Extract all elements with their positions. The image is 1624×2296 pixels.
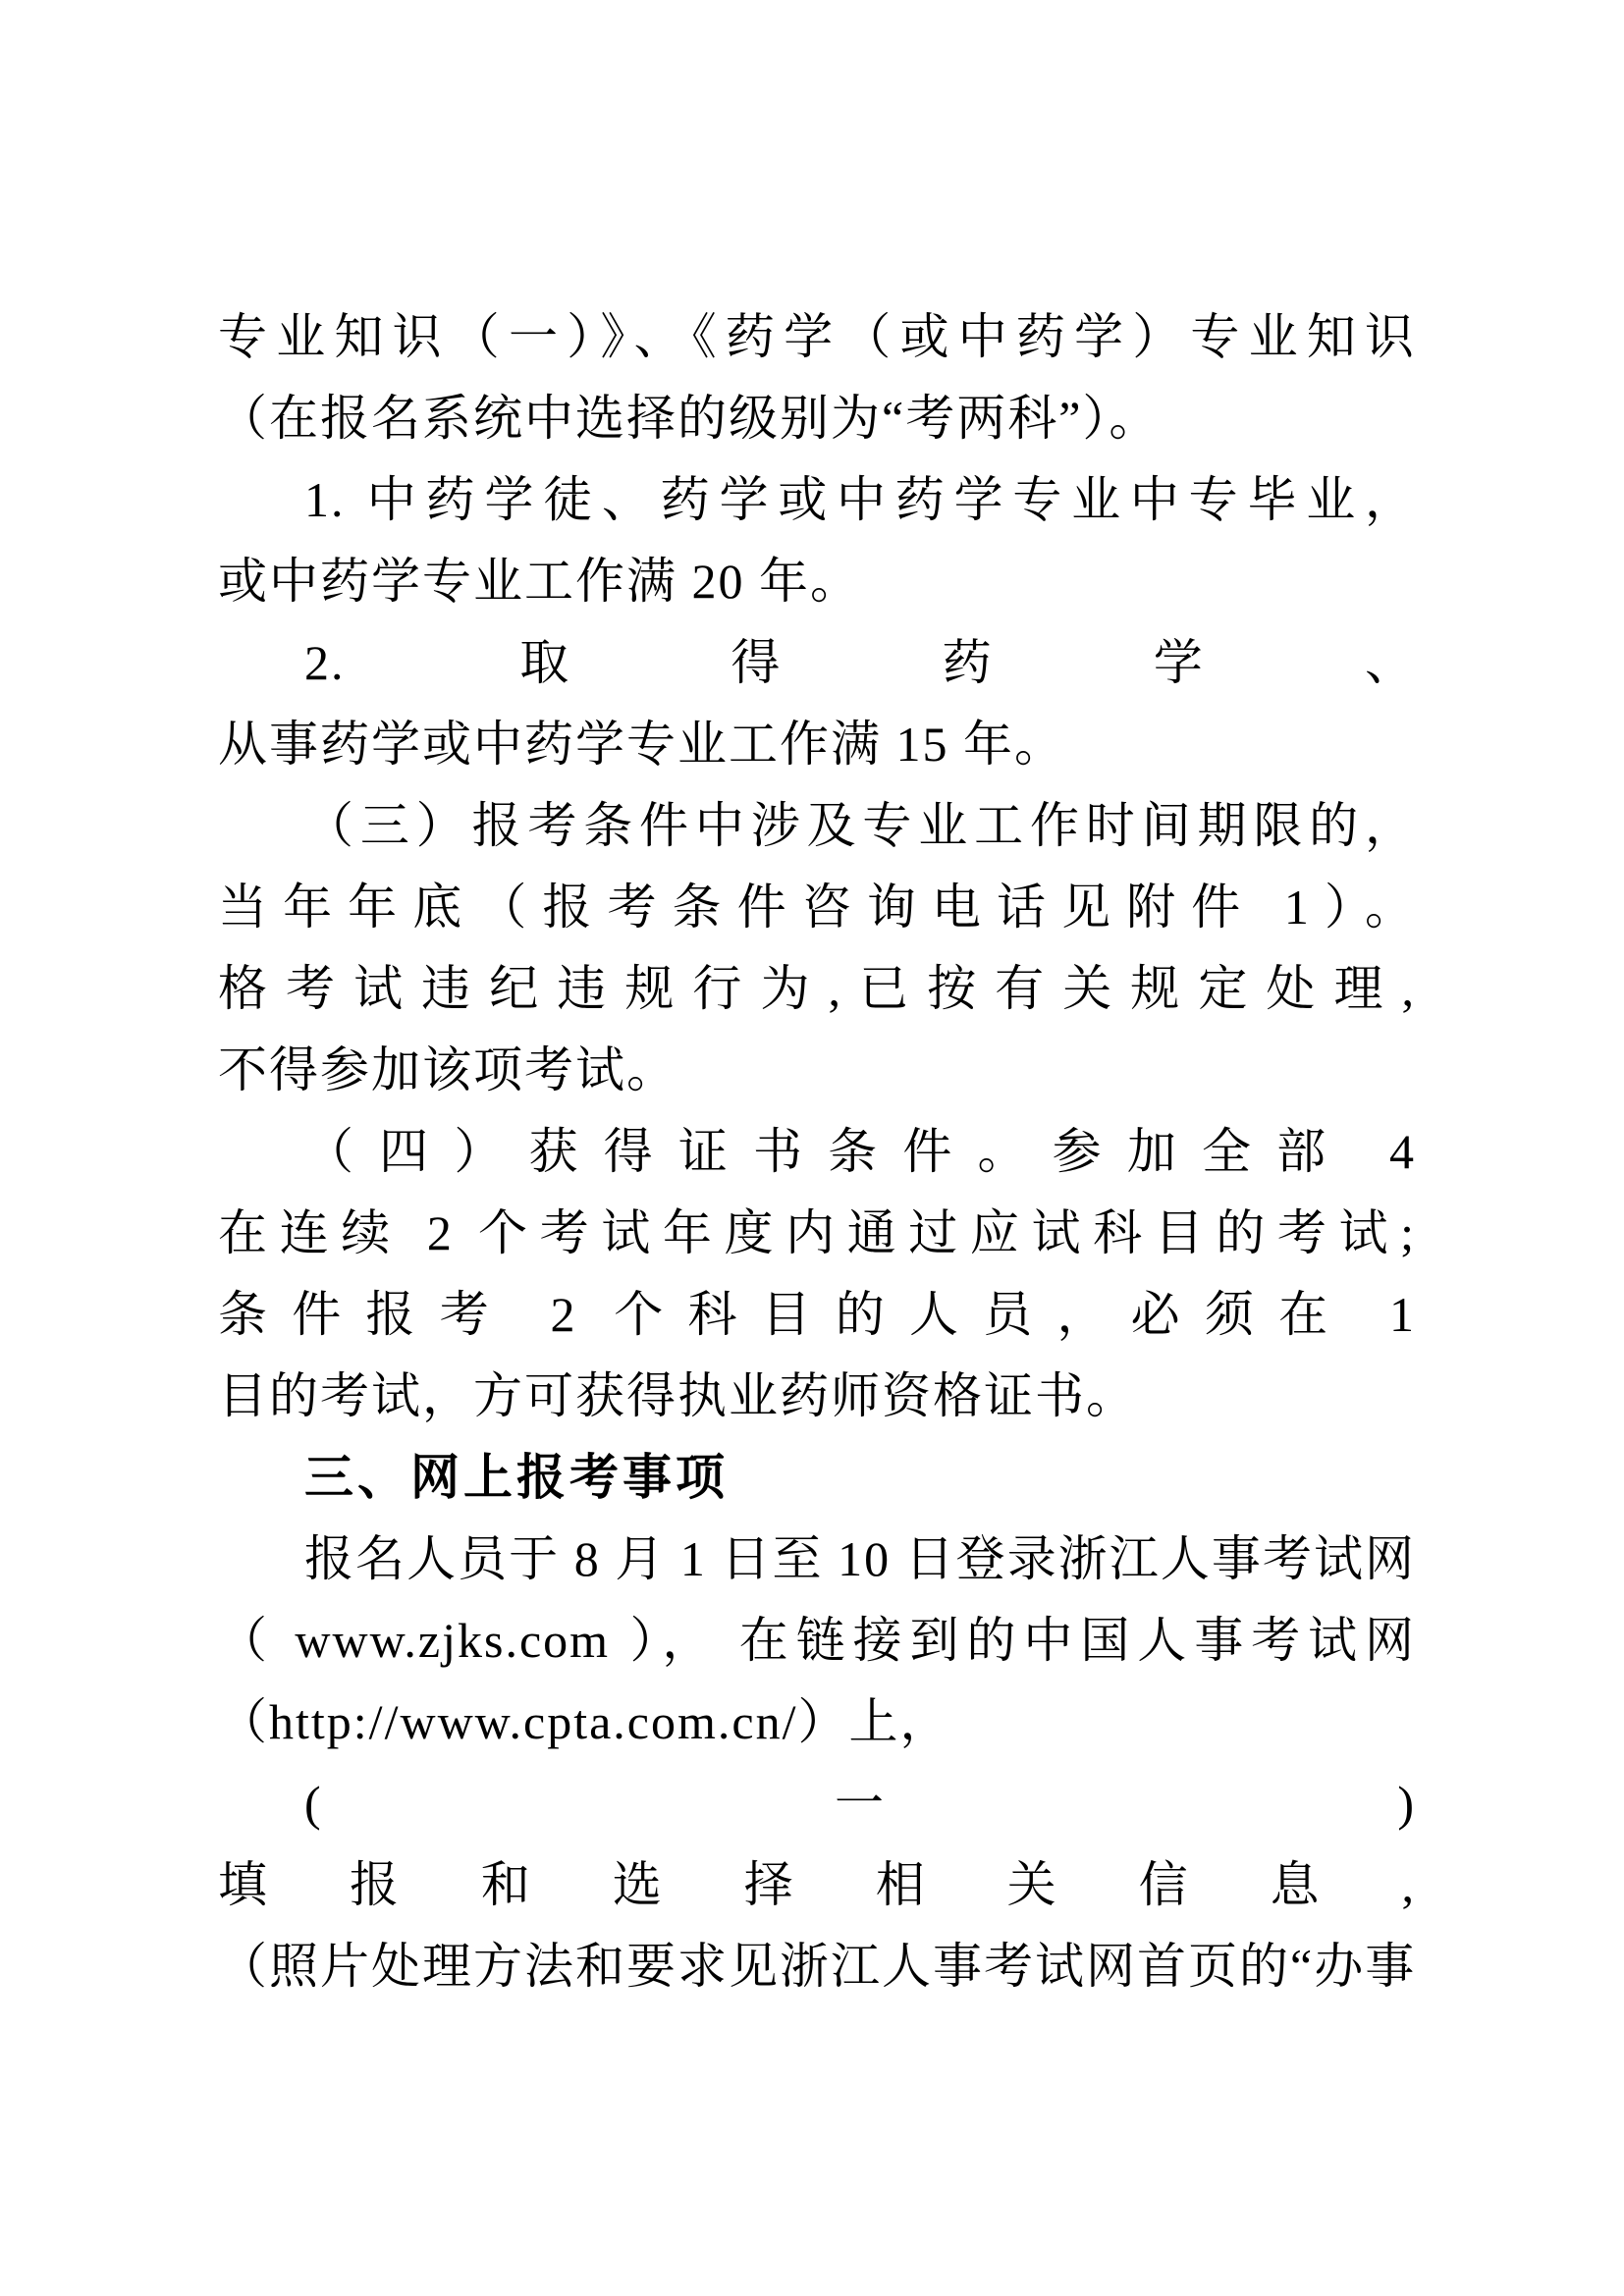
text-line: 当年年底（报考条件咨询电话见附件 1）。因有专业技术人员资 (218, 867, 1416, 948)
text-line: 条件报考 2 个科目的人员，必须在 1 个考试年度内通过应试科 (218, 1274, 1416, 1356)
text-line: 格考试违纪违规行为,已按有关规定处理,尚在停考期内的人员， (218, 948, 1416, 1030)
text-line: 1. 中药学徒、药学或中药学专业中专毕业，连续从事药学 (218, 459, 1416, 541)
text-line: （四）获得证书条件。参加全部 4 个科目考试的人员，必须 (218, 1111, 1416, 1193)
text-line: （照片处理方法和要求见浙江人事考试网首页的“办事指南”栏 (218, 1926, 1416, 2007)
text-line: 2. 取得药学、中药学专业或相关专业大专以上学历，连续 (218, 622, 1416, 704)
text-line-zjks-url: （ www.zjks.com ）， 在链接到的中国人事考试网 (218, 1600, 1416, 1682)
text-line: （三）报考条件中涉及专业工作时间期限的，均计算到报考 (218, 785, 1416, 867)
text-line: 填报和选择相关信息,同时上传经专用工具处理后的电子证件照 (218, 1844, 1416, 1926)
text-line: （在报名系统中选择的级别为“考两科”）。 (218, 378, 1416, 459)
text-line: (一)报名人员应按报考条件的规定和报名系统的设置，如实 (218, 1763, 1416, 1844)
text-line: 或中药学专业工作满 20 年。 (218, 541, 1416, 622)
text-line: 目的考试，方可获得执业药师资格证书。 (218, 1356, 1416, 1437)
text-line: 从事药学或中药学专业工作满 15 年。 (218, 704, 1416, 785)
section-heading-online-registration: 三、网上报考事项 (218, 1437, 1416, 1519)
text-line: 专业知识（一）》、《药学（或中药学）专业知识（二）》2 个科目 (218, 296, 1416, 378)
document-page: 专业知识（一）》、《药学（或中药学）专业知识（二）》2 个科目 （在报名系统中选… (0, 0, 1624, 2296)
text-line: 不得参加该项考试。 (218, 1030, 1416, 1111)
text-line: 报名人员于 8 月 1 日至 10 日登录浙江人事考试网 (218, 1519, 1416, 1600)
text-line-cpta-url: （http://www.cpta.com.cn/）上，直接完成报名和交费流程。 (218, 1682, 1416, 1763)
text-line: 在连续 2 个考试年度内通过应试科目的考试; 符合免试部分科目 (218, 1193, 1416, 1274)
